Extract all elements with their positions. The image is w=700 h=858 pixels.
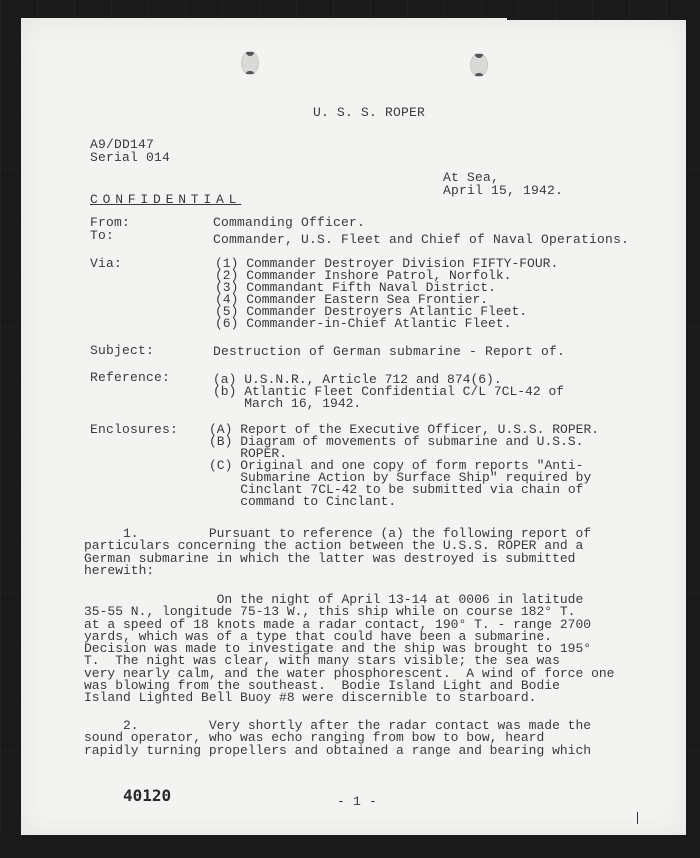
via-item: (6) Commander-in-Chief Atlantic Fleet. — [215, 318, 558, 330]
paragraph-1-narrative: On the night of April 13-14 at 0006 in l… — [84, 594, 615, 705]
from-value: Commanding Officer. — [213, 217, 365, 229]
microfilm-border — [0, 835, 700, 858]
punch-hole-icon — [241, 51, 259, 75]
classification-marking: CONFIDENTIAL — [90, 194, 241, 206]
punch-hole-icon — [470, 53, 488, 77]
reference-list: (a) U.S.N.R., Article 712 and 874(6). (b… — [213, 374, 564, 410]
date: April 15, 1942. — [443, 185, 563, 197]
reference-item: March 16, 1942. — [213, 398, 564, 410]
ship-title: U. S. S. ROPER — [313, 107, 425, 119]
paragraph-2: 2. Very shortly after the radar contact … — [84, 720, 591, 757]
via-list: (1) Commander Destroyer Division FIFTY-F… — [215, 258, 558, 330]
edge-mark — [637, 812, 638, 824]
to-label: To: — [90, 230, 114, 242]
page-number: - 1 - — [337, 796, 377, 808]
subject-value: Destruction of German submarine - Report… — [213, 346, 565, 358]
via-label: Via: — [90, 258, 122, 270]
enclosure-item: command to Cinclant. — [209, 496, 599, 508]
subject-label: Subject: — [90, 345, 154, 357]
reference-label: Reference: — [90, 372, 170, 384]
enclosures-label: Enclosures: — [90, 424, 178, 436]
to-value: Commander, U.S. Fleet and Chief of Naval… — [213, 234, 629, 246]
enclosures-list: (A) Report of the Executive Officer, U.S… — [209, 424, 599, 508]
paragraph-1: 1. Pursuant to reference (a) the followi… — [84, 528, 591, 577]
document-number: 40120 — [123, 790, 171, 802]
serial-number: Serial 014 — [90, 152, 170, 164]
